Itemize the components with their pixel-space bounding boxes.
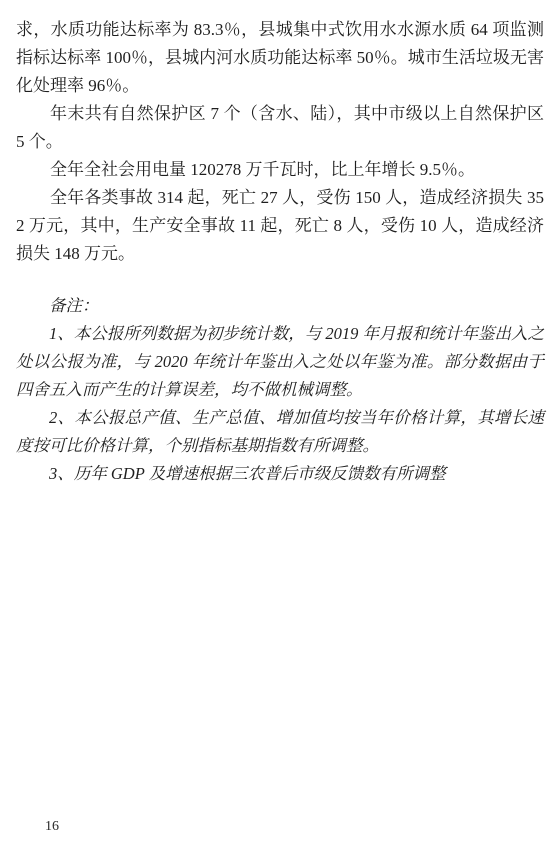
notes-section: 备注： 1、本公报所列数据为初步统计数，与 2019 年月报和统计年鉴出入之处以… [16,292,544,488]
body-paragraph-nature-reserves: 年末共有自然保护区 7 个（含水、陆），其中市级以上自然保护区 5 个。 [16,100,544,156]
note-item-2: 2、本公报总产值、生产总值、增加值均按当年价格计算，其增长速度按可比价格计算，个… [16,404,544,460]
body-paragraph-continuation: 求，水质功能达标率为 83.3％，县城集中式饮用水水源水质 64 项监测指标达标… [16,16,544,100]
body-paragraph-electricity: 全年全社会用电量 120278 万千瓦时，比上年增长 9.5％。 [16,156,544,184]
note-item-1: 1、本公报所列数据为初步统计数，与 2019 年月报和统计年鉴出入之处以公报为准… [16,320,544,404]
body-paragraph-accidents: 全年各类事故 314 起，死亡 27 人，受伤 150 人，造成经济损失 352… [16,184,544,268]
note-item-3: 3、历年 GDP 及增速根据三农普后市级反馈数有所调整 [16,460,544,488]
document-page: 求，水质功能达标率为 83.3％，县城集中式饮用水水源水质 64 项监测指标达标… [0,0,560,849]
notes-heading: 备注： [16,292,544,320]
page-number: 16 [45,820,59,834]
